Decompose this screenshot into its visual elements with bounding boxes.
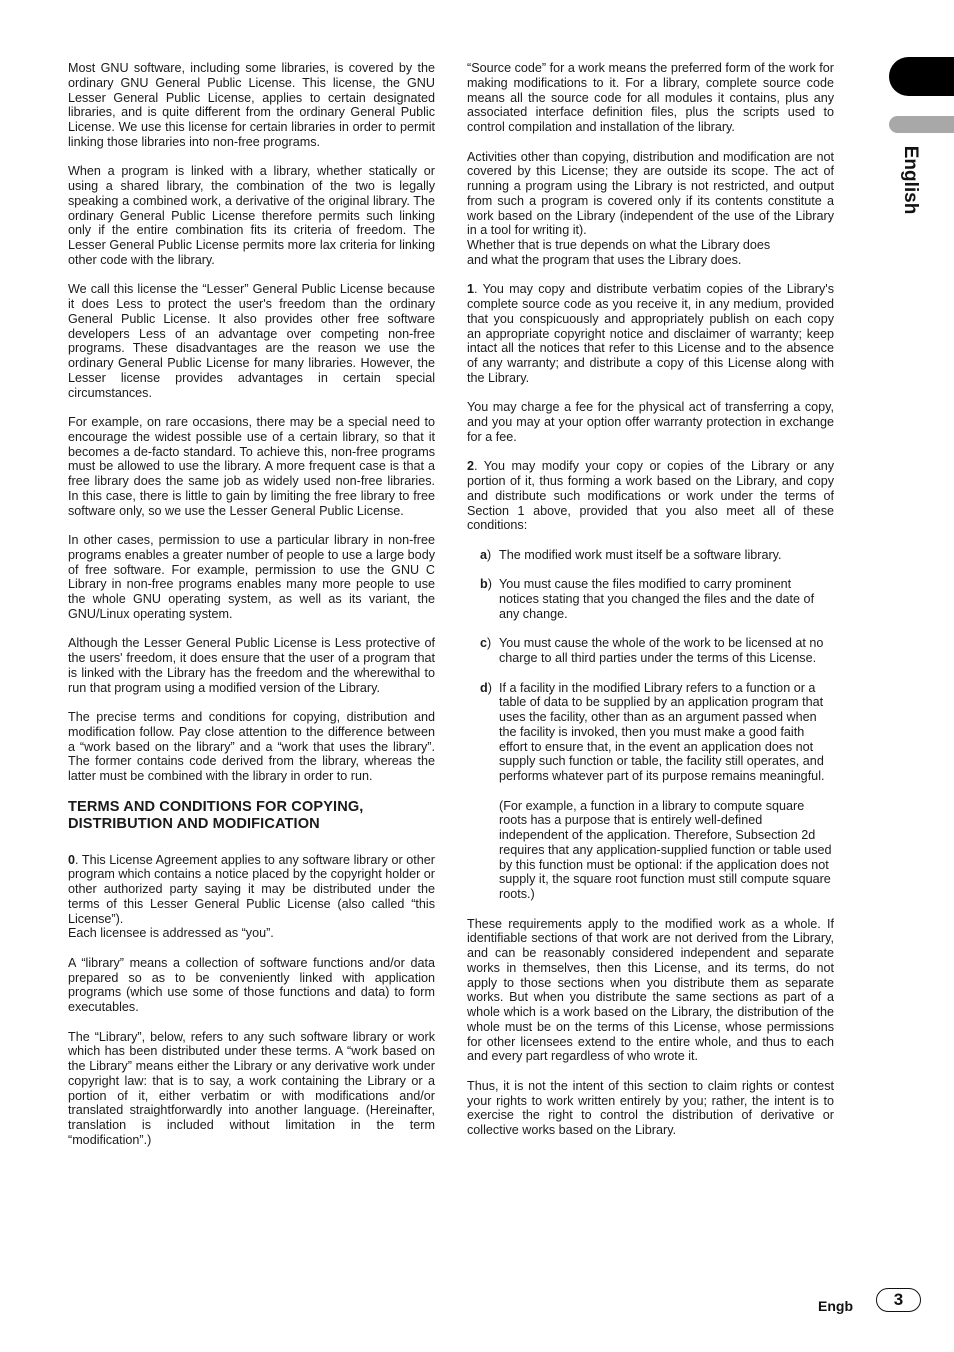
footer-language-code: Engb bbox=[818, 1298, 853, 1314]
heading-line-1: TERMS AND CONDITIONS FOR COPYING, bbox=[68, 799, 435, 817]
example-paragraph: (For example, a function in a library to… bbox=[467, 799, 834, 902]
section-number: 1 bbox=[467, 282, 474, 296]
heading-line-2: DISTRIBUTION AND MODIFICATION bbox=[68, 816, 435, 834]
left-column: Most GNU software, including some librar… bbox=[68, 61, 435, 1162]
list-item: b) You must cause the files modified to … bbox=[467, 577, 834, 621]
side-tab-bar bbox=[889, 116, 954, 133]
list-item-text: If a facility in the modified Library re… bbox=[499, 681, 825, 784]
paragraph: In other cases, permission to use a part… bbox=[68, 533, 435, 622]
paragraph: We call this license the “Lesser” Genera… bbox=[68, 282, 435, 400]
list-item: d) If a facility in the modified Library… bbox=[467, 681, 834, 784]
right-column: “Source code” for a work means the prefe… bbox=[467, 61, 834, 1153]
list-marker: a) bbox=[480, 548, 491, 563]
paragraph-body: Activities other than copying, distribut… bbox=[467, 150, 834, 239]
list-item: a) The modified work must itself be a so… bbox=[467, 548, 834, 563]
list-marker: b) bbox=[480, 577, 492, 592]
paragraph: Thus, it is not the intent of this secti… bbox=[467, 1079, 834, 1138]
paragraph: For example, on rare occasions, there ma… bbox=[68, 415, 435, 518]
side-tab-marker bbox=[889, 57, 954, 96]
paragraph: When a program is linked with a library,… bbox=[68, 164, 435, 267]
list-item: c) You must cause the whole of the work … bbox=[467, 636, 834, 666]
paragraph: Each licensee is addressed as “you”. bbox=[68, 926, 435, 941]
section-number: 2 bbox=[467, 459, 474, 473]
section-text: . This License Agreement applies to any … bbox=[68, 853, 435, 926]
paragraph: The “Library”, below, refers to any such… bbox=[68, 1030, 435, 1148]
paragraph: These requirements apply to the modified… bbox=[467, 917, 834, 1065]
paragraph-line: and what the program that uses the Libra… bbox=[467, 253, 834, 268]
paragraph: A “library” means a collection of softwa… bbox=[68, 956, 435, 1015]
section-2: 2. You may modify your copy or copies of… bbox=[467, 459, 834, 533]
language-tab-label: English bbox=[899, 146, 921, 215]
list-item-text: The modified work must itself be a softw… bbox=[499, 548, 782, 562]
paragraph: You may charge a fee for the physical ac… bbox=[467, 400, 834, 444]
section-heading: TERMS AND CONDITIONS FOR COPYING, DISTRI… bbox=[68, 799, 435, 834]
page-number: 3 bbox=[876, 1288, 921, 1312]
section-number: 0 bbox=[68, 853, 75, 867]
list-item-text: You must cause the files modified to car… bbox=[499, 577, 814, 621]
paragraph: “Source code” for a work means the prefe… bbox=[467, 61, 834, 135]
list-item-text: You must cause the whole of the work to … bbox=[499, 636, 823, 665]
section-text: . You may copy and distribute verbatim c… bbox=[467, 282, 834, 385]
list-marker: d) bbox=[480, 681, 492, 696]
section-0: 0. This License Agreement applies to any… bbox=[68, 853, 435, 927]
section-text: . You may modify your copy or copies of … bbox=[467, 459, 834, 532]
paragraph-line: Whether that is true depends on what the… bbox=[467, 238, 834, 253]
paragraph: Most GNU software, including some librar… bbox=[68, 61, 435, 150]
list-marker: c) bbox=[480, 636, 491, 651]
paragraph: Although the Lesser General Public Licen… bbox=[68, 636, 435, 695]
conditions-list: a) The modified work must itself be a so… bbox=[467, 548, 834, 784]
paragraph: Activities other than copying, distribut… bbox=[467, 150, 834, 268]
paragraph: The precise terms and conditions for cop… bbox=[68, 710, 435, 784]
section-1: 1. You may copy and distribute verbatim … bbox=[467, 282, 834, 385]
